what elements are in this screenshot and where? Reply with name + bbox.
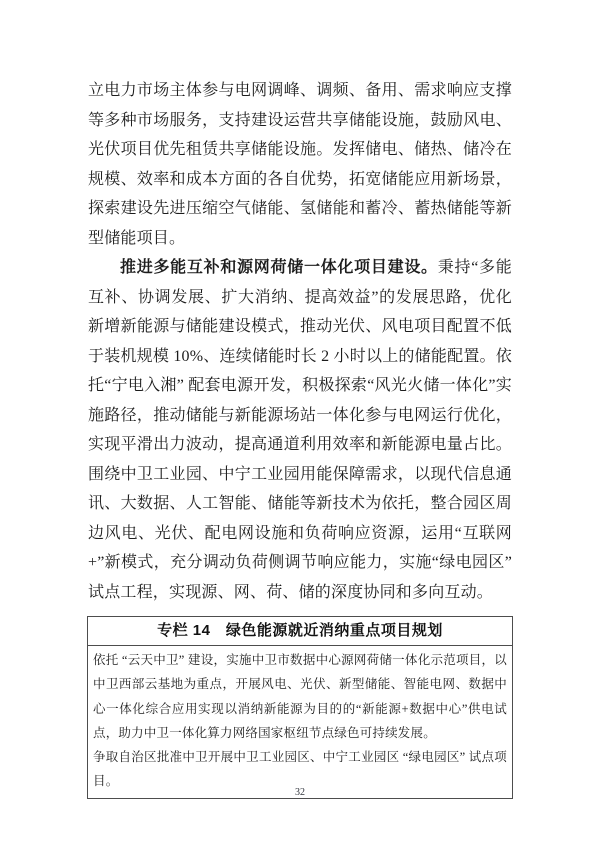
paragraph-multi-energy: 推进多能互补和源网荷储一体化项目建设。秉持“多能互补、协调发展、扩大消纳、提高效…: [88, 253, 512, 607]
paragraph-continuation: 立电力市场主体参与电网调峰、调频、备用、需求响应支撑等多种市场服务，支持建设运营…: [88, 76, 512, 253]
box-paragraph-datacenter-project: 依托 “云天中卫” 建设，实施中卫市数据中心源网荷储一体化示范项目，以中卫西部云…: [93, 648, 507, 745]
feature-box-title: 专栏 14 绿色能源就近消纳重点项目规划: [88, 617, 512, 646]
paragraph-body-text: 秉持“多能互补、协调发展、扩大消纳、提高效益”的发展思路，优化新增新能源与储能建…: [88, 259, 512, 601]
paragraph-bold-lead: 推进多能互补和源网荷储一体化项目建设。: [120, 259, 438, 276]
page-content: 立电力市场主体参与电网调峰、调频、备用、需求响应支撑等多种市场服务，支持建设运营…: [88, 76, 512, 799]
feature-box-column-14: 专栏 14 绿色能源就近消纳重点项目规划 依托 “云天中卫” 建设，实施中卫市数…: [87, 616, 513, 799]
feature-box-body: 依托 “云天中卫” 建设，实施中卫市数据中心源网荷储一体化示范项目，以中卫西部云…: [88, 646, 512, 798]
page-number: 32: [0, 787, 600, 798]
document-page: 立电力市场主体参与电网调峰、调频、备用、需求响应支撑等多种市场服务，支持建设运营…: [0, 0, 600, 848]
